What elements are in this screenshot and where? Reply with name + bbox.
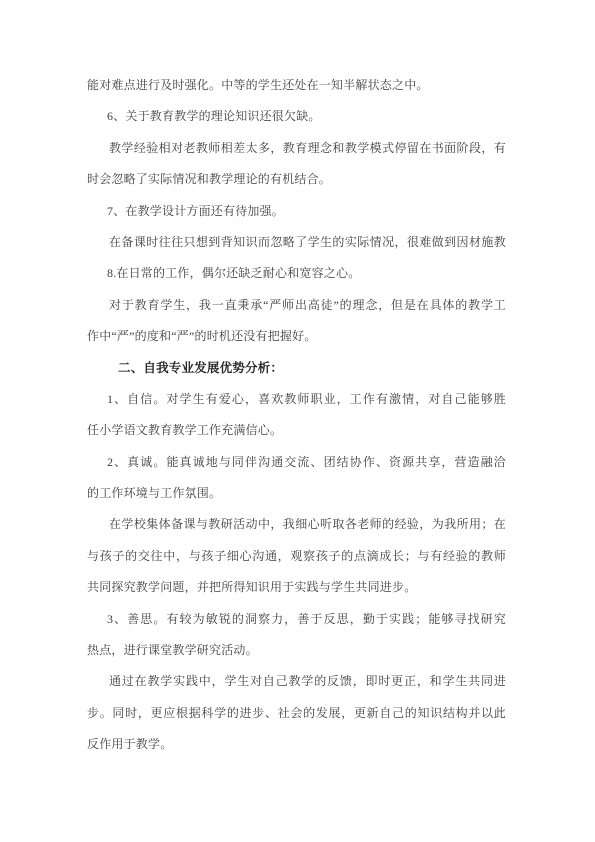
document-page: 能对难点进行及时强化。中等的学生还处在一知半解状态之中。6、关于教育教学的理论知… <box>0 0 595 842</box>
text-line: 2、真诚。能真诚地与同伴沟通交流、团结协作、资源共享，营造融洽 <box>87 447 506 478</box>
text-line: 时会忽略了实际情况和教学理论的有机结合。 <box>87 164 506 195</box>
text-line: 7、在教学设计方面还有待加强。 <box>87 196 506 227</box>
text-line: 步。同时，更应根据科学的进步、社会的发展，更新自己的知识结构并以此 <box>87 698 506 729</box>
text-line: 任小学语文教育教学工作充满信心。 <box>87 415 506 446</box>
text-line: 共同探究教学问题，并把所得知识用于实践与学生共同进步。 <box>87 572 506 603</box>
text-line: 通过在教学实践中，学生对自己教学的反馈，即时更正，和学生共同进 <box>87 666 506 697</box>
text-line: 与孩子的交往中，与孩子细心沟通，观察孩子的点滴成长；与有经验的教师 <box>87 541 506 572</box>
document-body: 能对难点进行及时强化。中等的学生还处在一知半解状态之中。6、关于教育教学的理论知… <box>87 70 506 761</box>
text-line: 热点，进行课堂教学研究活动。 <box>87 635 506 666</box>
text-line: 1、自信。对学生有爱心，喜欢教师职业，工作有激情，对自己能够胜 <box>87 384 506 415</box>
heading-line: 二、自我专业发展优势分析： <box>87 353 506 384</box>
text-line: 3、善思。有较为敏锐的洞察力，善于反思，勤于实践；能够寻找研究 <box>87 604 506 635</box>
text-line: 8.在日常的工作，偶尔还缺乏耐心和宽容之心。 <box>87 258 506 289</box>
text-line: 6、关于教育教学的理论知识还很欠缺。 <box>87 101 506 132</box>
text-line: 在学校集体备课与教研活动中，我细心听取各老师的经验，为我所用；在 <box>87 509 506 540</box>
text-line: 的工作环境与工作氛围。 <box>87 478 506 509</box>
text-line: 能对难点进行及时强化。中等的学生还处在一知半解状态之中。 <box>87 70 506 101</box>
text-line: 作中“严”的度和“严”的时机还没有把握好。 <box>87 321 506 352</box>
text-line: 对于教育学生，我一直秉承“严师出高徒”的理念，但是在具体的教学工 <box>87 290 506 321</box>
text-line: 教学经验相对老教师相差太多，教育理念和教学模式停留在书面阶段，有 <box>87 133 506 164</box>
text-line: 反作用于教学。 <box>87 729 506 760</box>
text-line: 在备课时往往只想到背知识而忽略了学生的实际情况，很难做到因材施教 <box>87 227 506 258</box>
